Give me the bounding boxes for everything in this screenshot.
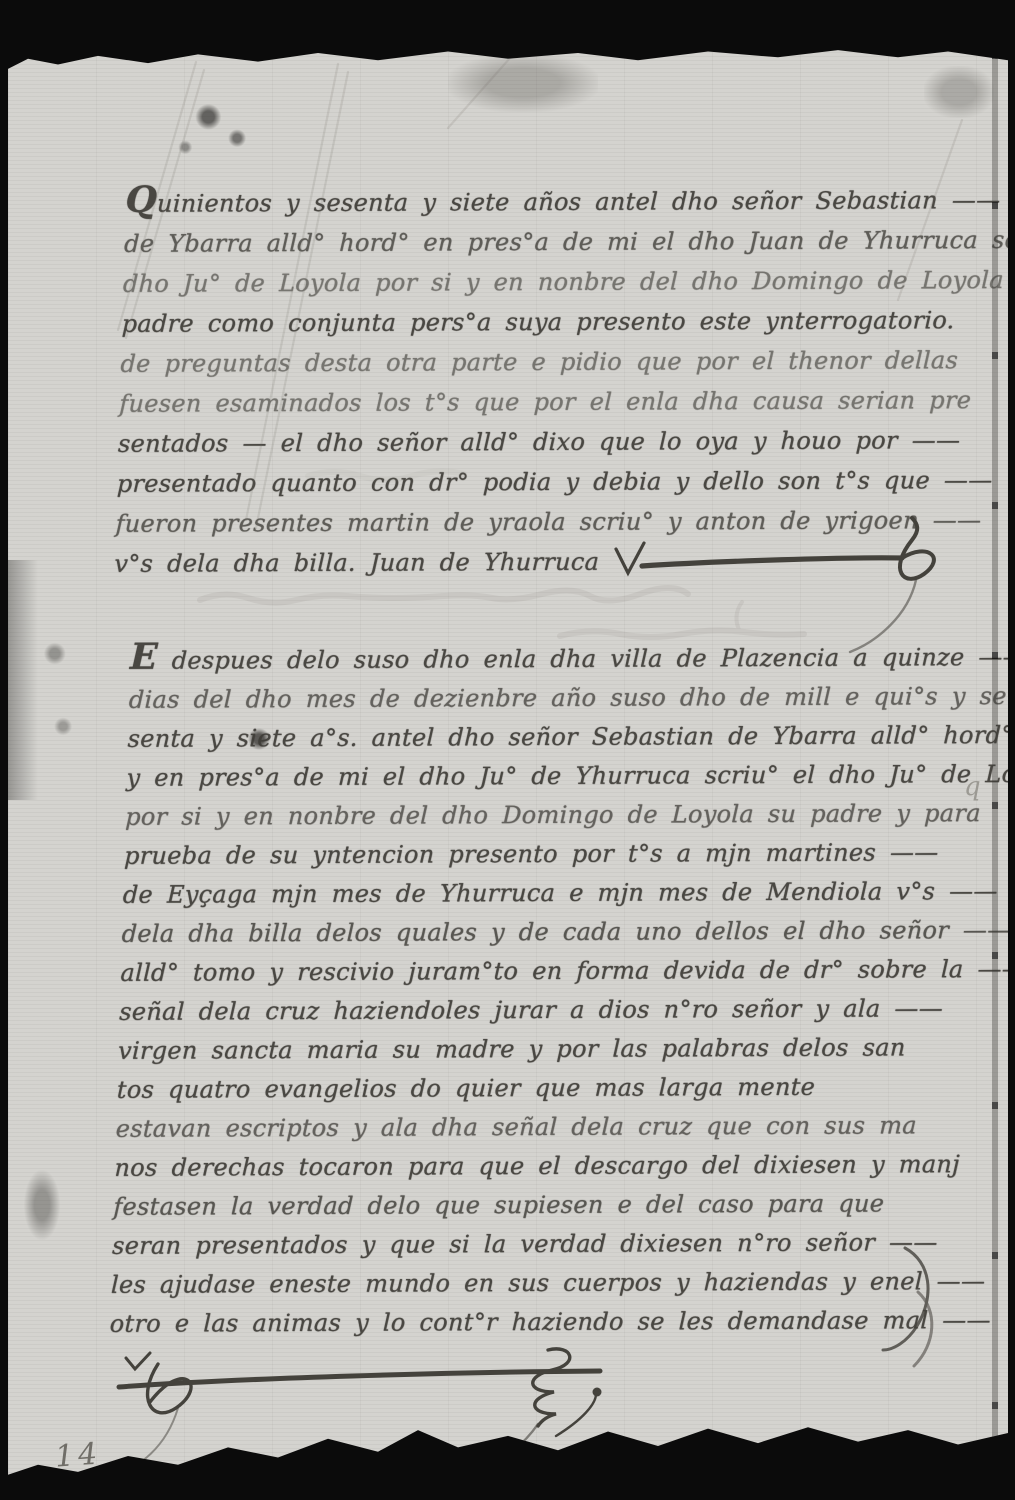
manuscript-line: festasen la verdad delo que supiesen e d… [113,1184,950,1227]
manuscript-line: alld° tomo y rescivio juram°to en forma … [120,950,957,993]
manuscript-line: estavan escriptos y ala dha señal dela c… [115,1106,952,1149]
manuscript-line: dho Ju° de Loyola por si y en nonbre del… [122,260,959,304]
ink-specks-stain [168,88,264,164]
manuscript-line: nos derechas tocaron para que el descarg… [114,1145,951,1188]
manuscript-line: tos quatro evangelios do quier que mas l… [116,1067,953,1110]
margin-mark: q [964,772,981,802]
manuscript-line: dias del dho mes de dezienbre año suso d… [128,677,965,720]
manuscript-line: sentados — el dho señor alld° dixo que l… [117,420,954,464]
top-right-smudge [924,66,994,118]
scanned-document: Quinientos y sesenta y siete años antel … [0,0,1015,1500]
bottom-left-rubric [116,1353,600,1474]
manuscript-line: dela dha billa delos quales y de cada un… [121,911,958,954]
manuscript-line: señal dela cruz haziendoles jurar a dios… [119,989,956,1032]
manuscript-line: prueba de su yntencion presento por t°s … [123,833,960,876]
corner-stain [24,1170,60,1240]
manuscript-line: y en pres°a de mi el dho Ju° de Yhurruca… [126,755,963,798]
manuscript-line: padre como conjunta pers°a suya presento… [121,300,958,344]
bottom-center-rubric [478,1349,602,1470]
manuscript-line: seran presentados y que si la verdad dix… [112,1223,949,1266]
manuscript-page: Quinientos y sesenta y siete años antel … [8,40,1008,1482]
manuscript-line: Quinientos y sesenta y siete años antel … [125,176,962,224]
margin-specks [34,620,86,760]
manuscript-line: fuesen esaminados los t°s que por el enl… [119,380,956,424]
paragraph-2: E despues delo suso dho enla dha villa d… [109,634,967,1344]
manuscript-line: presentado quanto con dr° podia y debia … [116,460,953,504]
manuscript-line: de Ybarra alld° hord° en pres°a de mi el… [124,220,961,264]
manuscript-line: les ajudase eneste mundo en sus cuerpos … [110,1262,947,1305]
manuscript-line: fueron presentes martin de yraola scriu°… [115,500,952,544]
manuscript-line: v°s dela dha billa. Juan de Yhurruca [114,540,951,584]
manuscript-line: de preguntas desta otra parte e pidio qu… [120,340,957,384]
manuscript-line: virgen sancta maria su madre y por las p… [117,1028,954,1071]
binding-gutter [992,52,998,1460]
top-smudge [448,54,598,112]
manuscript-line: otro e las animas y lo cont°r haziendo s… [109,1301,946,1344]
manuscript-line: E despues delo suso dho enla dha villa d… [129,634,966,681]
manuscript-line: por si y en nonbre del dho Domingo de Lo… [125,794,962,837]
edge-stain [8,560,38,800]
paragraph-1: Quinientos y sesenta y siete años antel … [114,176,962,584]
folio-number: 14 [54,1436,103,1474]
manuscript-line: senta y siete a°s. antel dho señor Sebas… [127,716,964,759]
manuscript-line: de Eyçaga mjn mes de Yhurruca e mjn mes … [122,872,959,915]
